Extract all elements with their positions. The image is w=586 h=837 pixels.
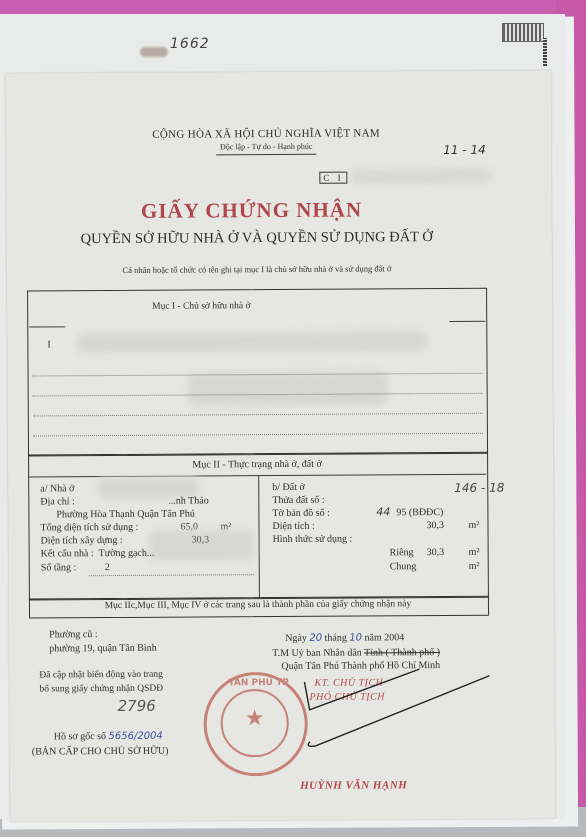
old-ward-label: Phường cũ : xyxy=(49,629,98,640)
redacted-owner-details xyxy=(188,371,388,406)
authority-struck-text: Tỉnh ( Thành phố ) xyxy=(364,647,440,658)
owner-marker: I xyxy=(47,339,50,350)
map-sheet-handwritten: 44 xyxy=(376,505,390,518)
dossier-line: Hồ sơ gốc số 5656/2004 xyxy=(54,731,163,743)
signature xyxy=(299,661,510,752)
signer-name: HUỲNH VĂN HẠNH xyxy=(300,779,407,792)
qr-code-icon xyxy=(502,23,544,42)
star-emblem-icon: ★ xyxy=(223,705,287,731)
handwritten-top-number: 1662 xyxy=(170,36,210,52)
structure-value: Tường gạch... xyxy=(99,548,155,559)
map-sheet-value: 95 (BĐĐC) xyxy=(396,507,443,518)
qr-side-text xyxy=(543,38,547,66)
copy-note: (BẢN CẤP CHO CHỦ SỞ HỮU) xyxy=(32,746,169,758)
divider xyxy=(29,326,65,327)
house-label: a/ Nhà ở xyxy=(40,483,74,494)
private-unit: m² xyxy=(469,547,480,558)
build-area-value: 30,3 xyxy=(192,534,210,545)
private-label: Riêng xyxy=(390,547,414,558)
day-value: 20 xyxy=(309,633,322,644)
land-area-label: Diện tích : xyxy=(272,521,314,532)
series-code: C I xyxy=(319,172,347,184)
update-note-line2: bổ sung giấy chứng nhận QSDĐ xyxy=(39,684,163,695)
usage-label: Hình thức sử dụng : xyxy=(273,534,353,545)
republic-heading: CỘNG HÒA XÃ HỘI CHỦ NGHĨA VIỆT NAM xyxy=(6,126,526,141)
floors-value: 2 xyxy=(105,562,110,573)
year-label: năm xyxy=(365,632,382,643)
date-line: Ngày 20 tháng 10 năm 2004 xyxy=(285,632,404,644)
shared-unit: m² xyxy=(469,561,480,572)
plot-handwritten: 146 - 18 xyxy=(454,481,504,495)
dossier-value: 5656/2004 xyxy=(108,731,162,742)
stamp-text-top: TÂN PHÚ TP xyxy=(228,678,288,688)
redacted-top xyxy=(140,47,168,57)
redacted-owner xyxy=(77,331,427,353)
stamp-emblem-ring: ★ xyxy=(220,689,288,757)
plot-label: Thửa đất số : xyxy=(272,495,324,506)
update-note-line1: Đã cập nhật biến động vào trang xyxy=(39,670,163,681)
land-area-value: 30,3 xyxy=(426,520,444,531)
address-label: Địa chỉ : xyxy=(40,496,75,507)
dossier-label: Hồ sơ gốc số xyxy=(54,731,106,742)
address-value: ...nh Thảo xyxy=(168,495,208,506)
address-line2: Phường Hòa Thạnh Quận Tân Phú xyxy=(56,509,194,521)
total-area-label: Tổng diện tích sử dụng : xyxy=(40,522,138,534)
land-area-unit: m² xyxy=(468,520,479,531)
motto-underline xyxy=(216,154,316,156)
shared-label: Chung xyxy=(390,561,417,572)
map-sheet-label: Tờ bản đồ số : xyxy=(272,508,330,519)
authority-line1: T.M Uỷ ban Nhân dân Tỉnh ( Thành phố ) xyxy=(272,647,440,659)
certificate-title: GIẤY CHỨNG NHẬN xyxy=(6,197,496,225)
intro-text: Cá nhân hoặc tổ chức có tên ghi tại mục … xyxy=(7,263,507,276)
old-ward-value: phường 19, quận Tân Bình xyxy=(49,643,157,655)
month-label: tháng xyxy=(325,633,347,644)
structure-label: Kết cấu nhà : xyxy=(41,548,94,559)
private-value: 30,3 xyxy=(427,547,445,558)
redacted-serial xyxy=(351,169,491,184)
land-label: b/ Đất ở xyxy=(272,482,305,493)
day-label: Ngày xyxy=(285,633,307,644)
section-1-heading: Mục I - Chủ sở hữu nhà ở xyxy=(152,301,250,312)
certificate-page: CỘNG HÒA XÃ HỘI CHỦ NGHĨA VIỆT NAM Độc l… xyxy=(6,70,556,821)
certificate-subtitle: QUYỀN SỞ HỮU NHÀ Ở VÀ QUYỀN SỬ DỤNG ĐẤT … xyxy=(7,229,507,249)
official-stamp: ★ TÂN PHÚ TP xyxy=(203,672,308,777)
handwritten-ref: 11 - 14 xyxy=(443,143,486,157)
year-value: 2004 xyxy=(384,632,404,643)
build-area-label: Diện tích xây dựng : xyxy=(41,535,123,547)
update-handwritten-number: 2796 xyxy=(118,697,156,715)
authority-name: T.M Uỷ ban Nhân dân xyxy=(272,648,362,660)
floors-label: Số tầng : xyxy=(41,562,77,573)
month-value: 10 xyxy=(349,633,362,644)
